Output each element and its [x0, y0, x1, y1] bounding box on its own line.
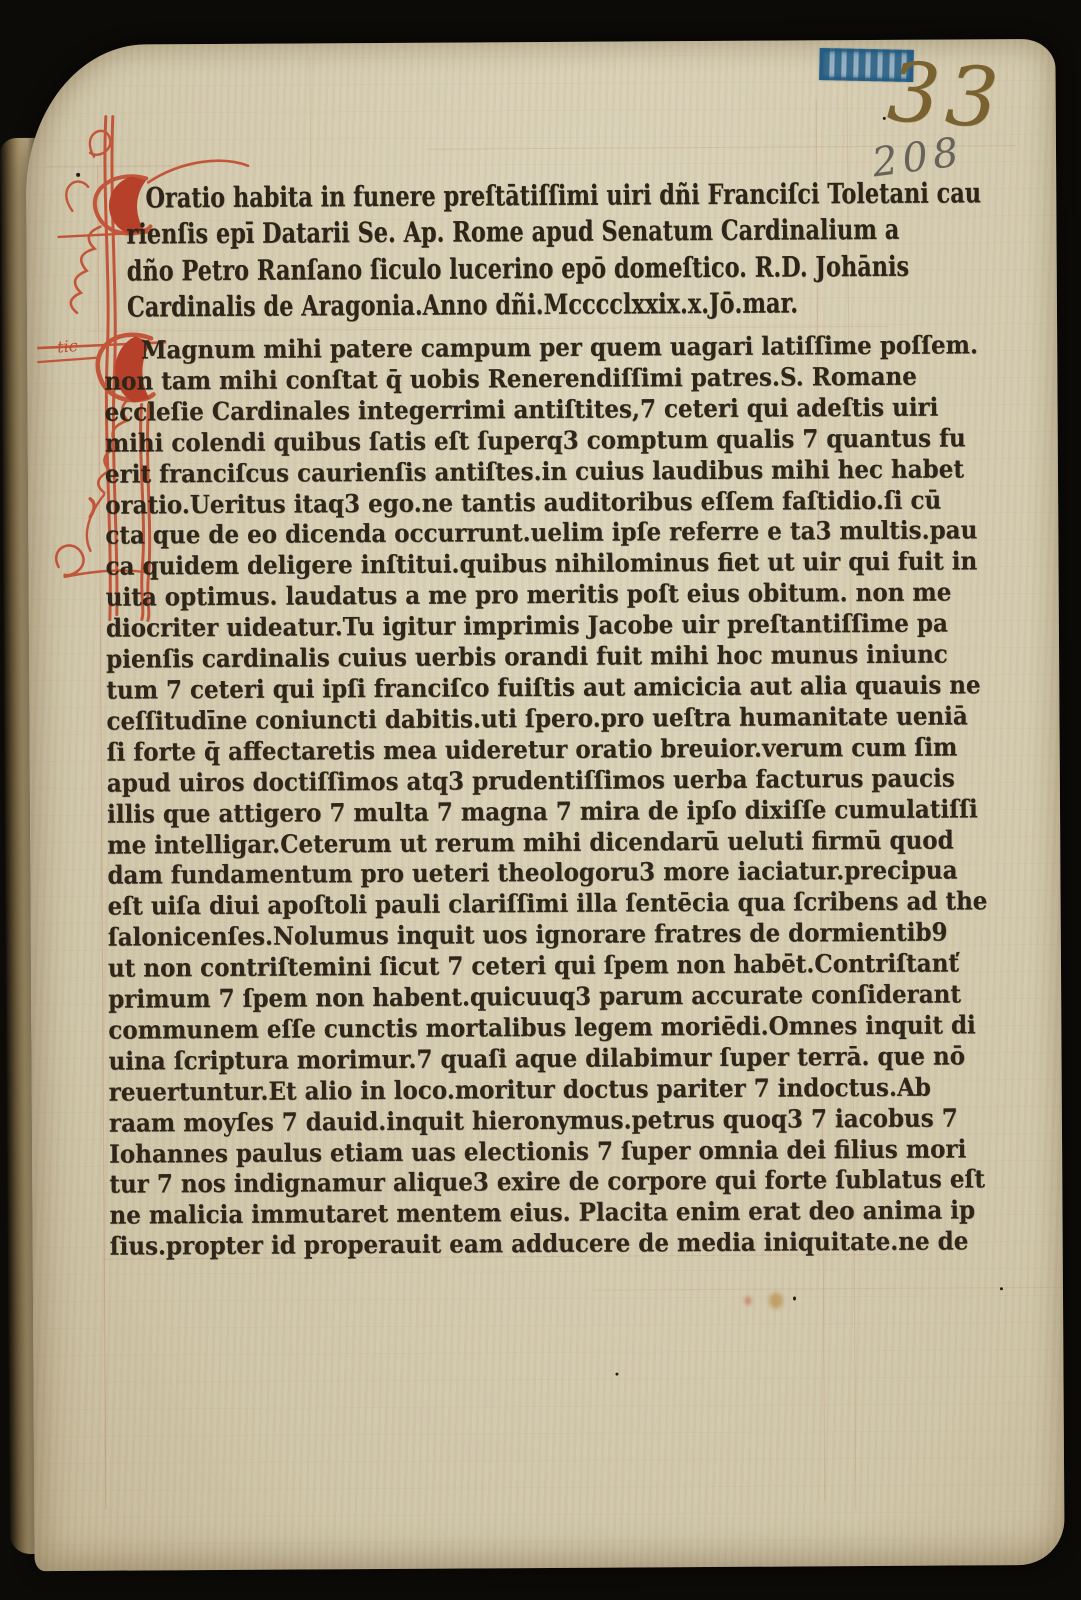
text-line: ut non contriſtemini ſicut 7 ceteri qui … [108, 949, 817, 984]
text-line: ceſſitudīne coniuncti dabitis.uti ſpero.… [106, 702, 815, 737]
ink-speck [1000, 1287, 1003, 1290]
text-line: eccleſie Cardinales integerrimi antiſtit… [105, 393, 814, 428]
heading-line: Cardinalis de Aragonia.Anno dñi.Mcccclxx… [127, 286, 735, 326]
ink-speck [883, 117, 886, 120]
ink-speck [793, 1296, 796, 1300]
text-line: mihi colendi quibus ſatis eſt ſuperq3 co… [105, 424, 814, 459]
manuscript-page: 33 208 [25, 39, 1064, 1571]
text-line: ſi forte q̄ affectaretis mea uideretur o… [107, 733, 816, 768]
text-line: Magnum mihi patere campum per quem uagar… [104, 331, 813, 366]
red-speck [745, 1297, 751, 1305]
ink-speck [615, 1373, 618, 1376]
text-line: erit franciſcus caurienſis antiſtes.in c… [105, 455, 814, 490]
text-line: primum 7 ſpem non habent.quicuuq3 parum … [108, 980, 817, 1015]
heading-line: dño Petro Ranſano ſiculo lucerino epō do… [127, 249, 735, 289]
text-line: eſt uiſa diui apoſtoli pauli clariſſimi … [108, 888, 817, 923]
ruling-line-bottom [593, 1287, 1063, 1291]
text-line: pienſis cardinalis cuius uerbis orandi f… [106, 640, 815, 675]
photograph-backdrop: 33 208 [0, 0, 1081, 1600]
heading-line: Oratio habita in funere preſtātiſſimi ui… [126, 177, 734, 217]
text-line: ne malicia immutaret mentem eius. Placit… [109, 1197, 818, 1232]
text-line: communem eſſe cunctis mortalibus legem m… [108, 1011, 817, 1046]
ink-speck [76, 173, 80, 177]
ruling-line-top-short [309, 55, 311, 195]
text-line: ſius.propter id properauit eam adducere … [110, 1228, 819, 1263]
printed-body-text: Magnum mihi patere campum per quem uagar… [104, 331, 880, 1263]
text-line: diocriter uideatur.Tu igitur imprimis Ja… [106, 610, 815, 645]
text-line: ca quidem deligere inſtitui.quibus nihil… [105, 548, 814, 583]
text-line: apud uiros doctiſſimos atq3 prudentiſſim… [107, 764, 816, 799]
text-line: ſalonicenſes.Nolumus inquit uos ignorare… [108, 919, 817, 954]
red-marginal-gloss: tic [56, 336, 78, 357]
folio-number: 33 [885, 52, 1006, 141]
text-line: tur 7 nos indignamur alique3 exire de co… [109, 1166, 818, 1201]
text-line: raam moyſes 7 dauid.inquit hieronymus.pe… [109, 1104, 818, 1139]
text-line: me intelligar.Ceterum ut rerum mihi dice… [107, 826, 816, 861]
text-line: oratio.Ueritus itaq3 ego.ne tantis audit… [105, 486, 814, 521]
text-line: dam fundamentum pro ueteri theologoru3 m… [107, 857, 816, 892]
text-line: uina ſcriptura morimur.7 quaſi aque dila… [108, 1042, 817, 1077]
text-line: illis que attigero 7 multa 7 magna 7 mir… [107, 795, 816, 830]
heading-line: rienſis epī Datarii Se. Ap. Rome apud Se… [126, 213, 734, 253]
text-line: uita optimus. laudatus a me pro meritis … [106, 579, 815, 614]
text-line: cta que de eo dicenda occurrunt.uelim ip… [105, 517, 814, 552]
text-line: tum 7 ceteri qui ipſi franciſco fuiſtis … [106, 671, 815, 706]
text-line: Iohannes paulus etiam uas electionis 7 ſ… [109, 1135, 818, 1170]
text-line: reuertuntur.Et alio in loco.moritur doct… [109, 1073, 818, 1108]
printed-heading: Oratio habita in funere preſtātiſſimi ui… [126, 176, 887, 326]
text-line: non tam mihi conſtat q̄ uobis Renerendiſ… [104, 362, 813, 397]
stain [769, 1293, 783, 1309]
